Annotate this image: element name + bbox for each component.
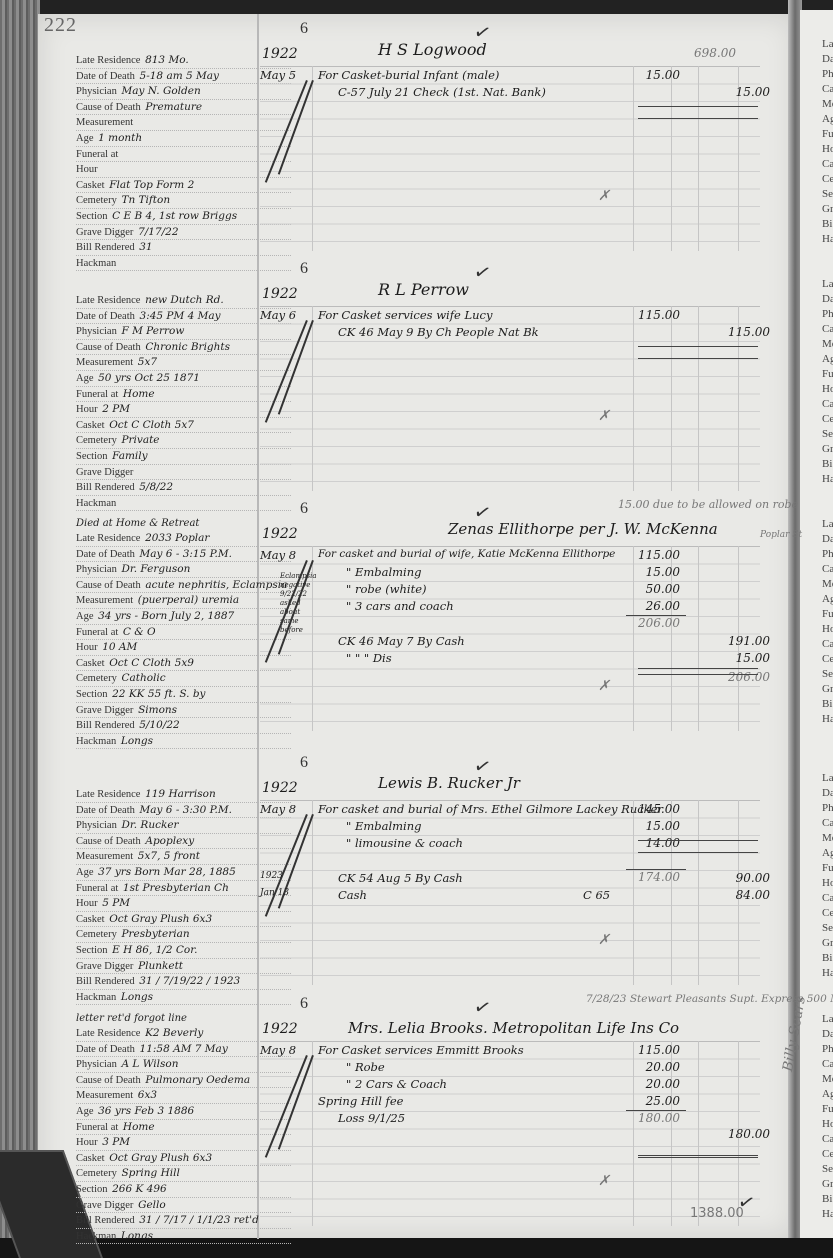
field-value: May N. Golden (121, 85, 200, 97)
field-label: Grave Digger (76, 227, 133, 238)
field-casket: Casket Oct C Cloth 5x9 (76, 656, 291, 672)
field-label: Age (76, 611, 94, 622)
field-value: 34 yrs - Born July 2, 1887 (98, 610, 234, 622)
field-value: 1st Presbyterian Ch (123, 882, 229, 894)
field-bill-rendered: Bill Rendered 31 / 7/19/22 / 1923 (76, 974, 291, 990)
facing-field-label: Ca (822, 158, 833, 170)
entry-description: For casket and burial of Mrs. Ethel Gilm… (318, 802, 663, 816)
account-ruled-area (260, 1041, 760, 1227)
field-casket: Casket Oct Gray Plush 6x3 (76, 1151, 291, 1167)
entry-date: 1923 (260, 871, 283, 881)
facing-field-label: Bi (822, 952, 832, 964)
ledger-record: Late Residence 119 Harrison Date of Deat… (38, 752, 796, 987)
field-value: 31 / 7/17 / 1/1/23 ret'd (139, 1214, 259, 1226)
debit-amount: 25.00 (628, 1094, 680, 1108)
facing-field-label: Fu (822, 862, 833, 874)
field-label: Cause of Death (76, 580, 141, 591)
facing-field-label: Ph (822, 802, 833, 814)
entry-description: " 2 Cars & Coach (346, 1077, 447, 1091)
field-value: Simons (138, 704, 177, 716)
field-label: Cause of Death (76, 836, 141, 847)
facing-field-label: Ce (822, 653, 833, 665)
pencil-tick-mark: ✗ (598, 932, 610, 948)
debit-amount: 20.00 (628, 1060, 680, 1074)
debit-amount: 115.00 (628, 548, 680, 562)
field-late-residence: Late Residence 813 Mo. (76, 53, 291, 69)
facing-field-label: La (822, 38, 833, 50)
facing-field-label: Ha (822, 473, 833, 485)
balance-underline (638, 674, 758, 675)
entry-date: May 6 (260, 308, 296, 322)
facing-field-label: Ag (822, 1088, 833, 1100)
field-value: 2 PM (102, 403, 130, 415)
field-label: Bill Rendered (76, 976, 135, 987)
field-bill-rendered: Bill Rendered 5/8/22 (76, 480, 291, 496)
field-value: A L Wilson (121, 1058, 178, 1070)
field-label: Date of Death (76, 1044, 135, 1055)
entry-description: C-57 July 21 Check (1st. Nat. Bank) (338, 85, 546, 99)
field-value: Spring Hill (121, 1167, 179, 1179)
ledger-record: Died at Home & Retreat Late Residence 20… (38, 498, 796, 733)
facing-field-label: Ph (822, 308, 833, 320)
entry-description: " 3 cars and coach (346, 599, 454, 613)
field-label: Grave Digger (76, 1200, 133, 1211)
facing-field-label: Fu (822, 128, 833, 140)
field-label: Section (76, 211, 108, 222)
field-label: Hackman (76, 736, 116, 747)
facing-field-label: Ho (822, 1118, 833, 1130)
field-value: 266 K 496 (112, 1183, 167, 1195)
facing-field-label: Ho (822, 143, 833, 155)
field-label: Age (76, 1106, 94, 1117)
field-hour: Hour 5 PM (76, 896, 291, 912)
record-year: 1922 (262, 286, 298, 302)
field-measurement: Measurement 5x7, 5 front (76, 849, 291, 865)
field-value: Dr. Ferguson (121, 563, 190, 575)
facing-field-label: La (822, 1013, 833, 1025)
entry-description: CK 46 May 9 By Ch People Nat Bk (338, 325, 539, 339)
entry-description: CK 46 May 7 By Cash (338, 634, 465, 648)
field-value: 2033 Poplar (145, 532, 209, 544)
ledger-record: Late Residence new Dutch Rd. Date of Dea… (38, 258, 796, 493)
field-label: Cemetery (76, 673, 117, 684)
field-value: Tn Tifton (121, 194, 170, 206)
balance-underline (638, 358, 758, 359)
field-physician: Physician May N. Golden (76, 84, 291, 100)
facing-field-label: Ag (822, 113, 833, 125)
field-hackman: Hackman Longs (76, 734, 291, 750)
field-hour: Hour 3 PM (76, 1135, 291, 1151)
field-value: 31 / 7/19/22 / 1923 (139, 975, 240, 987)
credit-amount: 191.00 (718, 634, 770, 648)
field-label: Grave Digger (76, 467, 133, 478)
tally-mark: 6 (300, 754, 308, 772)
field-label: Hour (76, 1137, 98, 1148)
entry-date: Jan 13 (260, 888, 289, 898)
field-label: Bill Rendered (76, 242, 135, 253)
field-label: Date of Death (76, 311, 135, 322)
facing-field-label: Da (822, 53, 833, 65)
facing-field-label: Ca (822, 398, 833, 410)
field-date-of-death: Date of Death 3:45 PM 4 May (76, 309, 291, 325)
field-late-residence: Late Residence 119 Harrison (76, 787, 291, 803)
field-cause-of-death: Cause of Death Apoplexy (76, 834, 291, 850)
ledger-record: letter ret'd forgot line Late Residence … (38, 993, 796, 1228)
field-value: Home (123, 1121, 155, 1133)
facing-field-label: Bi (822, 458, 832, 470)
account-name: Mrs. Lelia Brooks. Metropolitan Life Ins… (348, 1019, 679, 1037)
field-value: K2 Beverly (145, 1027, 203, 1039)
field-value: 1 month (98, 132, 142, 144)
entry-description: " limousine & coach (346, 836, 463, 850)
field-value: 3:45 PM 4 May (140, 310, 221, 322)
field-value: C & O (123, 626, 156, 638)
field-cause-of-death: Cause of Death acute nephritis, Eclampsi… (76, 578, 291, 594)
amount-column-divider (698, 66, 699, 251)
debit-amount: 20.00 (628, 1077, 680, 1091)
facing-field-label: Ho (822, 877, 833, 889)
record-year: 1922 (262, 1021, 298, 1037)
facing-field-label: Se (822, 922, 833, 934)
facing-field-label: Bi (822, 698, 832, 710)
pencil-tick-mark: ✗ (598, 188, 610, 204)
field-value: 22 KK 55 ft. S. by (112, 688, 205, 700)
facing-field-label: Ha (822, 1208, 833, 1220)
field-cemetery: Cemetery Private (76, 433, 291, 449)
field-cemetery: Cemetery Catholic (76, 671, 291, 687)
entry-date: May 8 (260, 802, 296, 816)
facing-page: LaDaPhCaMeAgFuHoCaCeSeGrBiHaLaDaPhCaMeAg… (800, 10, 833, 1240)
subtotal-amount: 206.00 (628, 616, 680, 630)
field-label: Cause of Death (76, 102, 141, 113)
subtotal-amount: 174.00 (628, 870, 680, 884)
field-label: Measurement (76, 595, 133, 606)
debit-amount: 115.00 (628, 308, 680, 322)
facing-field-label: Da (822, 293, 833, 305)
credit-amount: 115.00 (718, 325, 770, 339)
date-column-divider (312, 306, 313, 491)
facing-field-label: Me (822, 832, 833, 844)
tally-mark: 6 (300, 20, 308, 38)
field-label: Cemetery (76, 1168, 117, 1179)
amount-column-divider (698, 306, 699, 491)
field-value: Pulmonary Oedema (145, 1074, 250, 1086)
field-age: Age 1 month (76, 131, 291, 147)
account-name: Lewis B. Rucker Jr (378, 774, 520, 792)
field-label: Bill Rendered (76, 1215, 135, 1226)
date-column-divider (312, 66, 313, 251)
field-measurement: Measurement (76, 115, 291, 131)
field-label: Hour (76, 404, 98, 415)
field-value: 36 yrs Feb 3 1886 (98, 1105, 194, 1117)
field-value: new Dutch Rd. (145, 294, 224, 306)
balance-underline (638, 1155, 758, 1156)
balance-underline (638, 346, 758, 347)
field-value: Dr. Rucker (121, 819, 178, 831)
facing-field-label: Se (822, 1163, 833, 1175)
field-cemetery: Cemetery Spring Hill (76, 1166, 291, 1182)
field-label: Measurement (76, 1090, 133, 1101)
account-name: R L Perrow (378, 280, 469, 299)
credit-amount: 180.00 (718, 1127, 770, 1141)
debit-amount: 145.00 (628, 802, 680, 816)
facing-field-label: Ph (822, 68, 833, 80)
field-value: Oct C Cloth 5x7 (109, 419, 194, 431)
field-label: Late Residence (76, 295, 140, 306)
field-label: Funeral at (76, 627, 118, 638)
field-grave-digger: Grave Digger (76, 465, 291, 481)
debit-amount: 26.00 (628, 599, 680, 613)
field-label: Hour (76, 164, 98, 175)
field-label: Age (76, 133, 94, 144)
facing-field-label: Gr (822, 1178, 833, 1190)
field-label: Late Residence (76, 55, 140, 66)
facing-field-label: Me (822, 98, 833, 110)
facing-field-label: Ca (822, 323, 833, 335)
field-value: Longs (121, 1230, 153, 1242)
field-date-of-death: Date of Death 11:58 AM 7 May (76, 1042, 291, 1058)
facing-field-label: Ho (822, 383, 833, 395)
field-grave-digger: Grave Digger Plunkett (76, 959, 291, 975)
balance-underline (638, 840, 758, 841)
account-name: H S Logwood (378, 40, 487, 59)
field-label: Bill Rendered (76, 482, 135, 493)
facing-field-label: Ph (822, 1043, 833, 1055)
field-funeral-at: Funeral at Home (76, 387, 291, 403)
field-cause-of-death: Cause of Death Premature (76, 100, 291, 116)
entry-description: For Casket-burial Infant (male) (318, 68, 499, 82)
field-label: Casket (76, 658, 105, 669)
field-date-of-death: Date of Death 5-18 am 5 May (76, 69, 291, 85)
facing-field-label: Me (822, 338, 833, 350)
entry-description: " " " Dis (346, 651, 392, 665)
field-value: F M Perrow (121, 325, 184, 337)
entry-description: For casket and burial of wife, Katie McK… (318, 548, 615, 560)
field-label: Funeral at (76, 1122, 118, 1133)
field-hour: Hour (76, 162, 291, 178)
field-value: 5-18 am 5 May (140, 70, 219, 82)
field-value: C E B 4, 1st row Briggs (112, 210, 237, 222)
record-top-note: Died at Home & Retreat (76, 518, 291, 531)
field-label: Cemetery (76, 435, 117, 446)
field-label: Section (76, 689, 108, 700)
field-value: Oct Gray Plush 6x3 (109, 1152, 212, 1164)
field-label: Measurement (76, 117, 133, 128)
field-label: Casket (76, 180, 105, 191)
amount-column-divider (633, 306, 634, 491)
field-label: Casket (76, 420, 105, 431)
pencil-tick-mark: ✗ (598, 1173, 610, 1189)
facing-field-label: Fu (822, 1103, 833, 1115)
field-value: Oct C Cloth 5x9 (109, 657, 194, 669)
field-label: Bill Rendered (76, 720, 135, 731)
facing-field-label: Bi (822, 218, 832, 230)
facing-field-label: Ca (822, 1058, 833, 1070)
field-value: Apoplexy (145, 835, 194, 847)
field-casket: Casket Oct Gray Plush 6x3 (76, 912, 291, 928)
facing-field-label: Se (822, 428, 833, 440)
field-label: Grave Digger (76, 961, 133, 972)
account-side-note: Poplar St (760, 530, 802, 540)
field-label: Physician (76, 820, 117, 831)
field-late-residence: Late Residence K2 Beverly (76, 1026, 291, 1042)
field-value: 119 Harrison (145, 788, 216, 800)
field-label: Measurement (76, 851, 133, 862)
debit-amount: 50.00 (628, 582, 680, 596)
entry-description: Cash (338, 888, 367, 902)
field-label: Section (76, 945, 108, 956)
field-age: Age 37 yrs Born Mar 28, 1885 (76, 865, 291, 881)
balance-underline (638, 668, 758, 669)
field-value: Private (121, 434, 159, 446)
amount-column-divider (698, 1041, 699, 1226)
facing-field-label: Ho (822, 623, 833, 635)
field-physician: Physician Dr. Ferguson (76, 562, 291, 578)
field-late-residence: Late Residence new Dutch Rd. (76, 293, 291, 309)
credit-amount: 15.00 (718, 651, 770, 665)
field-section: Section C E B 4, 1st row Briggs (76, 209, 291, 225)
field-funeral-at: Funeral at (76, 147, 291, 163)
field-value: 7/17/22 (138, 226, 178, 238)
pencil-tick-mark: ✗ (598, 408, 610, 424)
balance-underline (638, 106, 758, 107)
entry-description: Loss 9/1/25 (338, 1111, 405, 1125)
field-casket: Casket Oct C Cloth 5x7 (76, 418, 291, 434)
facing-field-label: La (822, 518, 833, 530)
facing-field-label: Ca (822, 563, 833, 575)
field-label: Cemetery (76, 195, 117, 206)
field-value: (puerperal) uremia (138, 594, 239, 606)
field-section: Section 266 K 496 (76, 1182, 291, 1198)
field-bill-rendered: Bill Rendered 31 / 7/17 / 1/1/23 ret'd (76, 1213, 291, 1229)
field-bill-rendered: Bill Rendered 5/10/22 (76, 718, 291, 734)
date-column-divider (312, 1041, 313, 1226)
facing-field-label: Ce (822, 1148, 833, 1160)
facing-field-label: Ca (822, 638, 833, 650)
credit-amount: 84.00 (718, 888, 770, 902)
field-grave-digger: Grave Digger Simons (76, 703, 291, 719)
debit-amount: 15.00 (628, 565, 680, 579)
record-year: 1922 (262, 526, 298, 542)
facing-field-label: Ha (822, 967, 833, 979)
field-label: Measurement (76, 357, 133, 368)
field-label: Late Residence (76, 533, 140, 544)
facing-field-label: Ha (822, 233, 833, 245)
facing-field-label: Se (822, 188, 833, 200)
facing-field-label: Gr (822, 203, 833, 215)
field-label: Cause of Death (76, 1075, 141, 1086)
field-value: Home (123, 388, 155, 400)
field-value: May 6 - 3:30 P.M. (140, 804, 232, 816)
field-measurement: Measurement 5x7 (76, 355, 291, 371)
facing-field-label: Gr (822, 937, 833, 949)
field-value: Oct Gray Plush 6x3 (109, 913, 212, 925)
tally-mark: 6 (300, 500, 308, 518)
field-label: Age (76, 867, 94, 878)
account-note: 698.00 (694, 46, 736, 60)
amount-column-divider (698, 546, 699, 731)
field-cemetery: Cemetery Presbyterian (76, 927, 291, 943)
field-value: 5 PM (102, 897, 130, 909)
field-physician: Physician F M Perrow (76, 324, 291, 340)
amount-column-divider (698, 800, 699, 985)
margin-note: Eclampsia negative 9/22/22 asked about s… (280, 572, 320, 635)
field-date-of-death: Date of Death May 6 - 3:15 P.M. (76, 547, 291, 563)
field-grave-digger: Grave Digger Gello (76, 1198, 291, 1214)
amount-column-divider (671, 66, 672, 251)
entry-description: Spring Hill fee (318, 1094, 403, 1108)
facing-field-label: Me (822, 1073, 833, 1085)
field-value: Plunkett (138, 960, 183, 972)
checkmark-icon: ✓ (471, 258, 494, 286)
field-value: Premature (145, 101, 202, 113)
field-label: Funeral at (76, 389, 118, 400)
field-value: Family (112, 450, 147, 462)
entry-description: For Casket services wife Lucy (318, 308, 492, 322)
account-ruled-area (260, 800, 760, 986)
field-value: 6x3 (138, 1089, 157, 1101)
field-age: Age 34 yrs - Born July 2, 1887 (76, 609, 291, 625)
balance-underline (638, 852, 758, 853)
facing-field-label: Ph (822, 548, 833, 560)
field-funeral-at: Funeral at Home (76, 1120, 291, 1136)
facing-field-label: Fu (822, 608, 833, 620)
amount-column-divider (633, 66, 634, 251)
entry-description: " Embalming (346, 819, 422, 833)
field-value: 813 Mo. (145, 54, 189, 66)
field-label: Late Residence (76, 1028, 140, 1039)
field-hour: Hour 2 PM (76, 402, 291, 418)
field-value: 10 AM (102, 641, 137, 653)
facing-field-label: Da (822, 787, 833, 799)
balance-underline (638, 1157, 758, 1158)
field-funeral-at: Funeral at 1st Presbyterian Ch (76, 881, 291, 897)
field-value: Longs (121, 735, 153, 747)
facing-field-label: Fu (822, 368, 833, 380)
field-value: 5/8/22 (139, 481, 173, 493)
entry-description: CK 54 Aug 5 By Cash (338, 871, 463, 885)
ledger-record: Late Residence 813 Mo. Date of Death 5-1… (38, 18, 796, 253)
field-label: Cemetery (76, 929, 117, 940)
tally-mark: 6 (300, 260, 308, 278)
credit-amount: 15.00 (718, 85, 770, 99)
field-measurement: Measurement 6x3 (76, 1088, 291, 1104)
facing-field-label: Me (822, 578, 833, 590)
field-value: 11:58 AM 7 May (140, 1043, 228, 1055)
field-late-residence: Late Residence 2033 Poplar (76, 531, 291, 547)
field-hour: Hour 10 AM (76, 640, 291, 656)
field-bill-rendered: Bill Rendered 31 (76, 240, 291, 256)
pencil-tick-mark: ✗ (598, 678, 610, 694)
field-funeral-at: Funeral at C & O (76, 625, 291, 641)
entry-date: May 8 (260, 1043, 296, 1057)
credit-amount: 90.00 (718, 871, 770, 885)
facing-field-label: Ca (822, 1133, 833, 1145)
facing-field-label: Ag (822, 847, 833, 859)
field-label: Physician (76, 564, 117, 575)
record-year: 1922 (262, 46, 298, 62)
field-section: Section Family (76, 449, 291, 465)
facing-field-label: Ce (822, 907, 833, 919)
field-label: Physician (76, 1059, 117, 1070)
field-value: 50 yrs Oct 25 1871 (98, 372, 200, 384)
facing-field-label: Ca (822, 892, 833, 904)
payments-total: 206.00 (718, 670, 770, 684)
field-age: Age 50 yrs Oct 25 1871 (76, 371, 291, 387)
facing-field-label: Ce (822, 173, 833, 185)
entry-ref: C 65 (583, 888, 610, 902)
field-value: 5x7 (138, 356, 157, 368)
